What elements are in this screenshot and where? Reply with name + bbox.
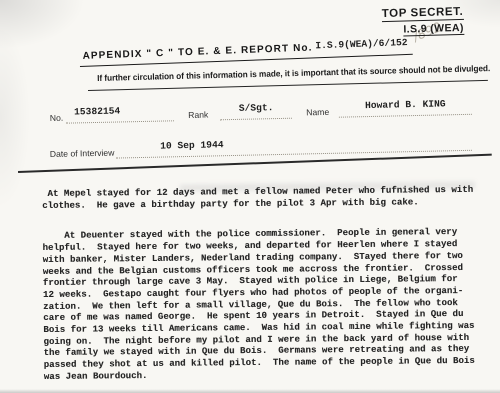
serial-number-label: No. [50,113,64,124]
date-field-row: Date of Interview 10 Sep 1944 [50,129,472,160]
date-of-interview-value: 10 Sep 1944 [160,139,224,151]
body-paragraph-2: At Deuenter stayed with the police commi… [42,226,491,382]
classification-stamp: TOP SECRET. I.S.9 (WEA) [382,6,464,37]
serial-number-field: 15382154 [66,100,174,123]
date-of-interview-field: 10 Sep 1944 [116,130,472,159]
top-secret-label: TOP SECRET. [382,6,464,22]
identity-fields-row: No. 15382154 Rank S/Sgt. Name Howard B. … [50,93,472,124]
name-label: Name [306,107,329,118]
appendix-printed-label: APPENDIX " C " TO E. & E. REPORT No. [82,42,312,61]
report-number-typed: I.S.9(WEA)/6/152 [315,37,407,51]
date-of-interview-label: Date of Interview [50,148,115,160]
circulation-notice: If further circulation of this informati… [97,63,490,83]
org-label: I.S.9 (WEA) [404,22,465,37]
name-value: Howard B. KING [365,98,446,111]
body-paragraph-1: At Mepel stayed for 12 days and met a fe… [42,184,490,212]
rank-value: S/Sgt. [239,102,274,114]
report-body: At Mepel stayed for 12 days and met a fe… [42,184,492,383]
serial-number-value: 15382154 [74,105,120,117]
appendix-header: APPENDIX " C " TO E. & E. REPORT No.I.S.… [79,34,413,67]
name-field: Howard B. KING [339,94,472,118]
rank-field: S/Sgt. [220,98,292,121]
rank-label: Rank [188,110,208,121]
scanned-report-page: TOP SECRET. I.S.9 (WEA) /892 APPENDIX " … [0,0,500,393]
